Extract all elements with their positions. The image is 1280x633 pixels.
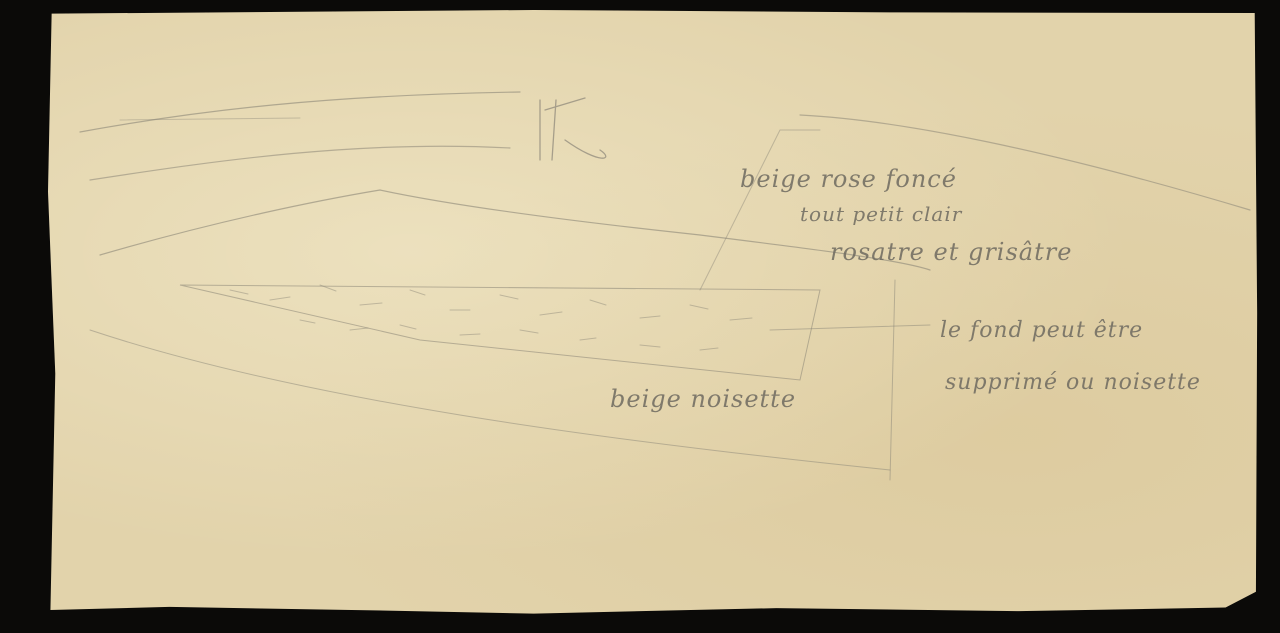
annotation-top-right-line-3: rosatre et grisâtre [830,238,1072,266]
annotation-right-middle-line-2: supprimé ou noisette [945,370,1201,395]
annotation-bottom-center: beige noisette [610,385,796,413]
annotation-right-middle-line-1: le fond peut être [940,318,1143,343]
annotation-top-right-line-1: beige rose foncé [740,165,957,193]
pencil-landscape-sketch [0,0,1280,633]
annotation-top-right-line-2: tout petit clair [800,202,962,226]
